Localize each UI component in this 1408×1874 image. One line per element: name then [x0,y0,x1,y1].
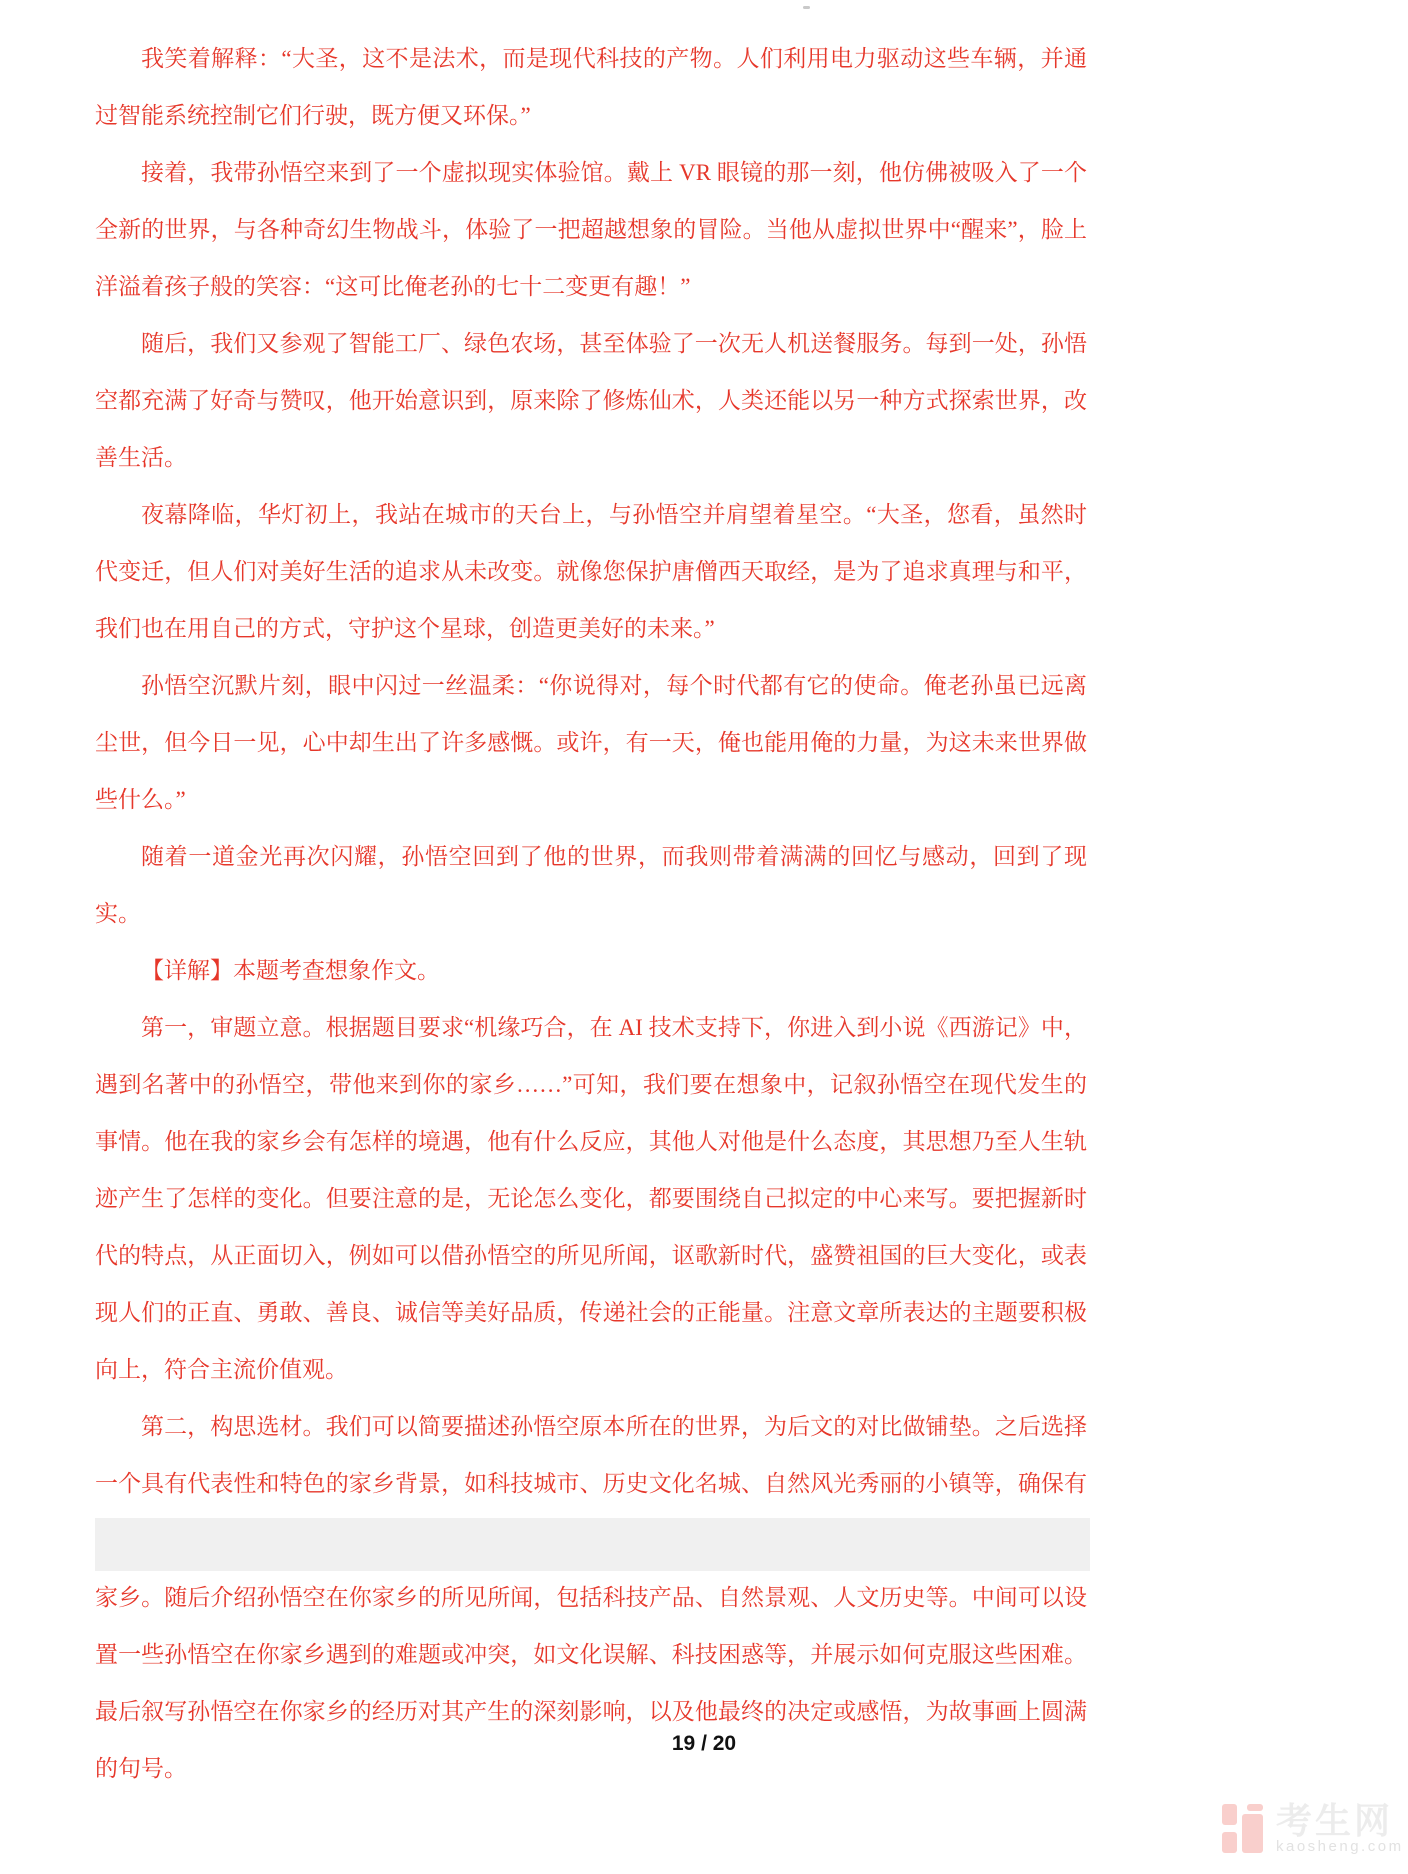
watermark-url: kaosheng.com [1276,1838,1404,1855]
analysis-point-1: 第一，审题立意。根据题目要求“机缘巧合，在 AI 技术支持下，你进入到小说《西游… [95,999,1087,1398]
paragraph-5: 孙悟空沉默片刻，眼中闪过一丝温柔：“你说得对，每个时代都有它的使命。俺老孙虽已远… [95,657,1087,828]
watermark: 考生网 kaosheng.com [1222,1804,1404,1855]
logo-block [1222,1804,1237,1825]
gray-highlight-bar [95,1518,1090,1571]
answer-analysis-heading: 【详解】本题考查想象作文。 [95,942,1087,999]
watermark-brand: 考生网 [1276,1804,1404,1838]
kaosheng-logo-icon [1222,1804,1266,1854]
paragraph-6: 随着一道金光再次闪耀，孙悟空回到了他的世界，而我则带着满满的回忆与感动，回到了现… [95,828,1087,942]
watermark-text: 考生网 kaosheng.com [1276,1804,1404,1855]
scan-artifact-dot [803,6,810,9]
logo-block [1242,1814,1263,1853]
paragraph-4: 夜幕降临，华灯初上，我站在城市的天台上，与孙悟空并肩望着星空。“大圣，您看，虽然… [95,486,1087,657]
paragraph-3: 随后，我们又参观了智能工厂、绿色农场，甚至体验了一次无人机送餐服务。每到一处，孙… [95,315,1087,486]
logo-block [1222,1832,1237,1853]
page-number: 19 / 20 [0,1732,1408,1756]
paragraph-2: 接着，我带孙悟空来到了一个虚拟现实体验馆。戴上 VR 眼镜的那一刻，他仿佛被吸入… [95,144,1087,315]
paragraph-1: 我笑着解释：“大圣，这不是法术，而是现代科技的产物。人们利用电力驱动这些车辆，并… [95,30,1087,144]
logo-block [1247,1804,1263,1811]
